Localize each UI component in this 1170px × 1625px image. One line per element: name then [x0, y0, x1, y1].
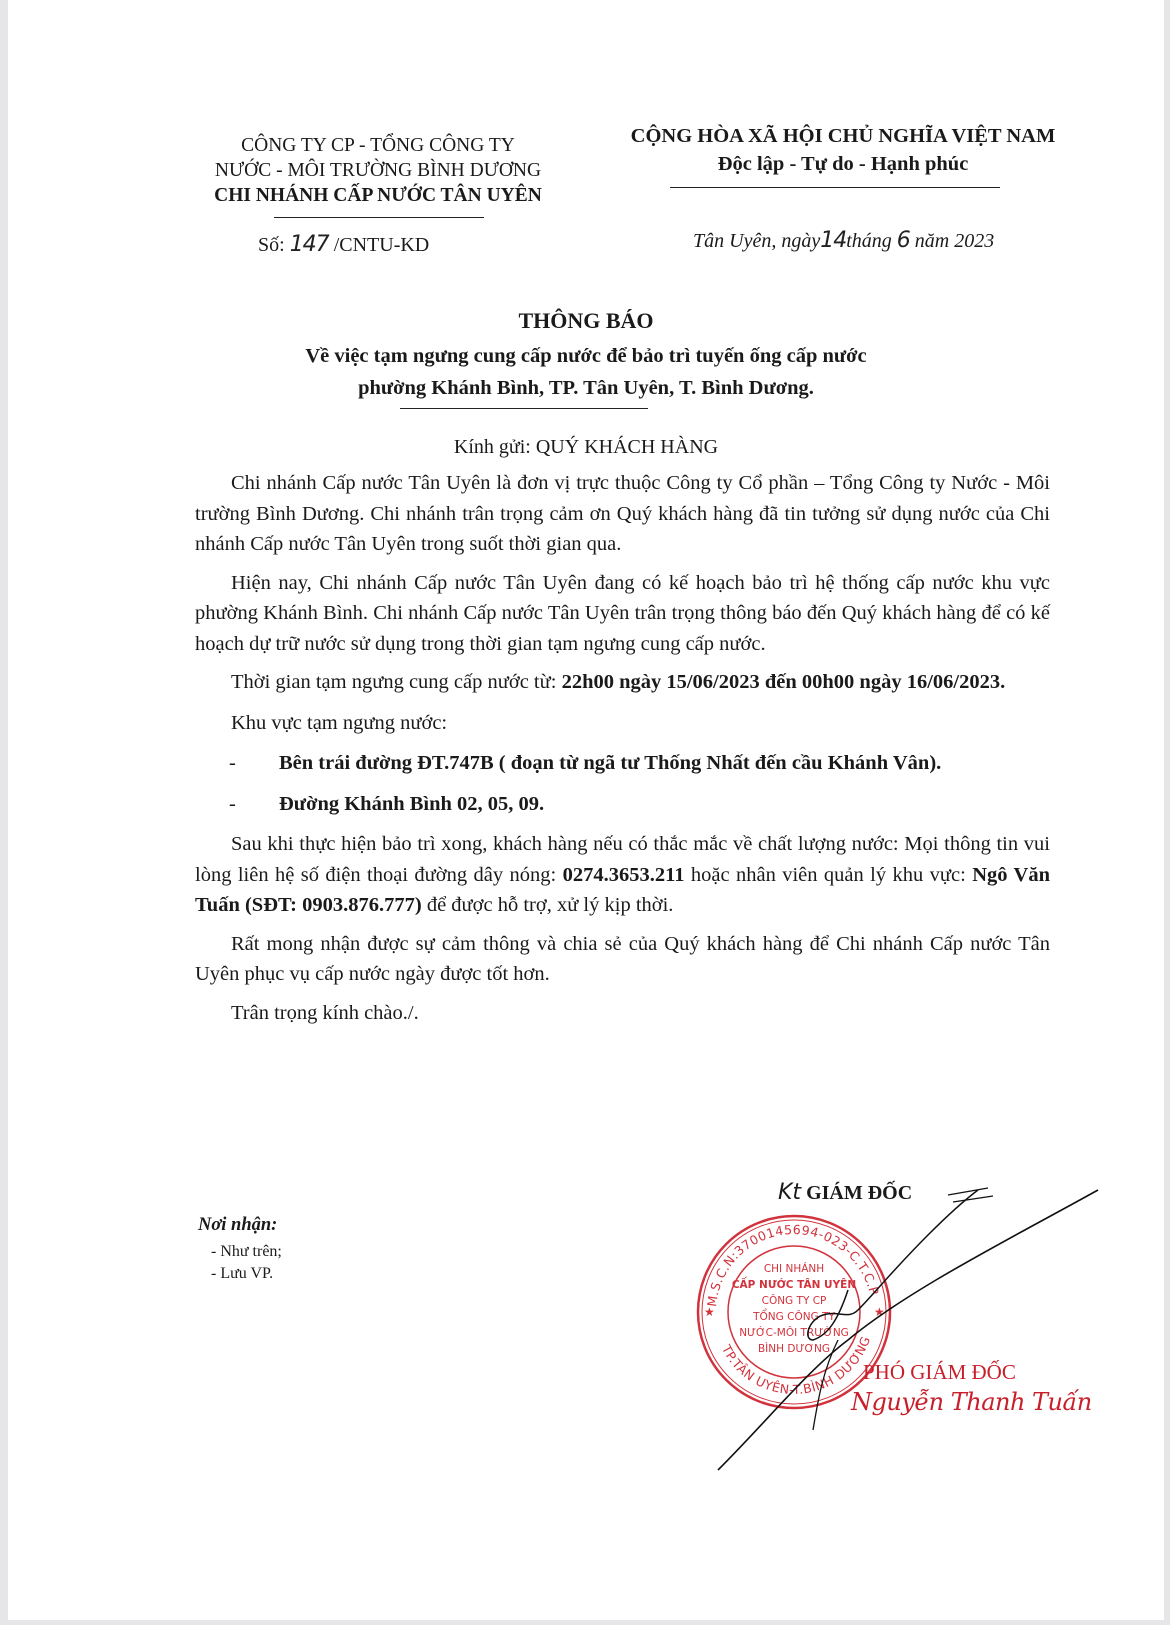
subject-line-1: Về việc tạm ngưng cung cấp nước để bảo t… [8, 340, 1164, 372]
document-number-handwritten: 147 [290, 232, 329, 257]
document-number-label: Số: [258, 234, 285, 256]
paragraph-schedule: Thời gian tạm ngưng cung cấp nước từ: 22… [195, 667, 1050, 698]
recipient-item: - Như trên; [211, 1241, 282, 1263]
bullet-dash: - [195, 789, 265, 820]
paragraph-intro: Chi nhánh Cấp nước Tân Uyên là đơn vị tr… [195, 468, 1050, 560]
bullet-dash: - [195, 748, 265, 779]
document-number: Số: 147 /CNTU-KD [258, 232, 429, 257]
date-prefix: Tân Uyên, ngày [693, 230, 820, 252]
schedule-prefix: Thời gian tạm ngưng cung cấp nước từ: [231, 671, 562, 693]
national-motto-block: CỘNG HÒA XÃ HỘI CHỦ NGHĨA VIỆT NAM Độc l… [598, 122, 1088, 178]
recipients-title: Nơi nhận: [198, 1215, 277, 1236]
areas-label: Khu vực tạm ngưng nước: [195, 708, 1050, 739]
recipients-list: - Như trên; - Lưu VP. [211, 1241, 282, 1285]
area-text: Đường Khánh Bình 02, 05, 09. [265, 789, 1050, 820]
signer-role: PHÓ GIÁM ĐỐC [863, 1360, 1016, 1385]
signature-title: Kt GIÁM ĐỐC [778, 1180, 912, 1205]
contact-text-b: hoặc nhân viên quản lý khu vực: [685, 864, 973, 886]
issuer-branch: CHI NHÁNH CẤP NƯỚC TÂN UYÊN [168, 183, 588, 208]
document-body: Chi nhánh Cấp nước Tân Uyên là đơn vị tr… [195, 468, 1050, 1028]
document-page: CÔNG TY CP - TỔNG CÔNG TY NƯỚC - MÔI TRƯ… [8, 0, 1164, 1620]
signer-name: Nguyễn Thanh Tuấn [851, 1388, 1092, 1416]
date-year: năm 2023 [915, 230, 994, 252]
contact-text-c: để được hỗ trợ, xử lý kịp thời. [422, 894, 674, 916]
schedule-time: 22h00 ngày 15/06/2023 đến 00h00 ngày 16/… [562, 671, 1006, 693]
issuer-line-2: NƯỚC - MÔI TRƯỜNG BÌNH DƯƠNG [168, 158, 588, 183]
subject-underline [400, 408, 648, 409]
hotline-number: 0274.3653.211 [563, 864, 685, 886]
subject-line-2: phường Khánh Bình, TP. Tân Uyên, T. Bình… [8, 372, 1164, 404]
issuer-underline [274, 217, 484, 218]
date-day: 14 [820, 228, 846, 253]
signature-director: GIÁM ĐỐC [806, 1182, 912, 1204]
document-subject: Về việc tạm ngưng cung cấp nước để bảo t… [8, 340, 1164, 404]
motto-underline [670, 187, 1000, 188]
issuer-block: CÔNG TY CP - TỔNG CÔNG TY NƯỚC - MÔI TRƯ… [168, 133, 588, 208]
area-item: - Đường Khánh Bình 02, 05, 09. [195, 789, 1050, 820]
issuer-line-1: CÔNG TY CP - TỔNG CÔNG TY [168, 133, 588, 158]
paragraph-plan: Hiện nay, Chi nhánh Cấp nước Tân Uyên đa… [195, 568, 1050, 660]
date-month: 6 [897, 228, 910, 253]
date-month-label: tháng [846, 230, 892, 252]
signature-on-behalf: Kt [778, 1180, 801, 1205]
paragraph-thanks: Rất mong nhận được sự cảm thông và chia … [195, 929, 1050, 990]
area-item: - Bên trái đường ĐT.747B ( đoạn từ ngã t… [195, 748, 1050, 779]
recipient-item: - Lưu VP. [211, 1263, 282, 1285]
national-motto: Độc lập - Tự do - Hạnh phúc [598, 150, 1088, 178]
closing: Trân trọng kính chào./. [195, 998, 1050, 1029]
area-text: Bên trái đường ĐT.747B ( đoạn từ ngã tư … [265, 748, 1050, 779]
greeting: Kính gửi: QUÝ KHÁCH HÀNG [8, 436, 1164, 459]
document-number-suffix: /CNTU-KD [334, 234, 430, 256]
handwritten-signature-icon [708, 1170, 1148, 1490]
national-title: CỘNG HÒA XÃ HỘI CHỦ NGHĨA VIỆT NAM [598, 122, 1088, 150]
document-title: THÔNG BÁO [8, 308, 1164, 334]
issue-date: Tân Uyên, ngày14tháng 6 năm 2023 [693, 228, 994, 253]
paragraph-contact: Sau khi thực hiện bảo trì xong, khách hà… [195, 829, 1050, 921]
